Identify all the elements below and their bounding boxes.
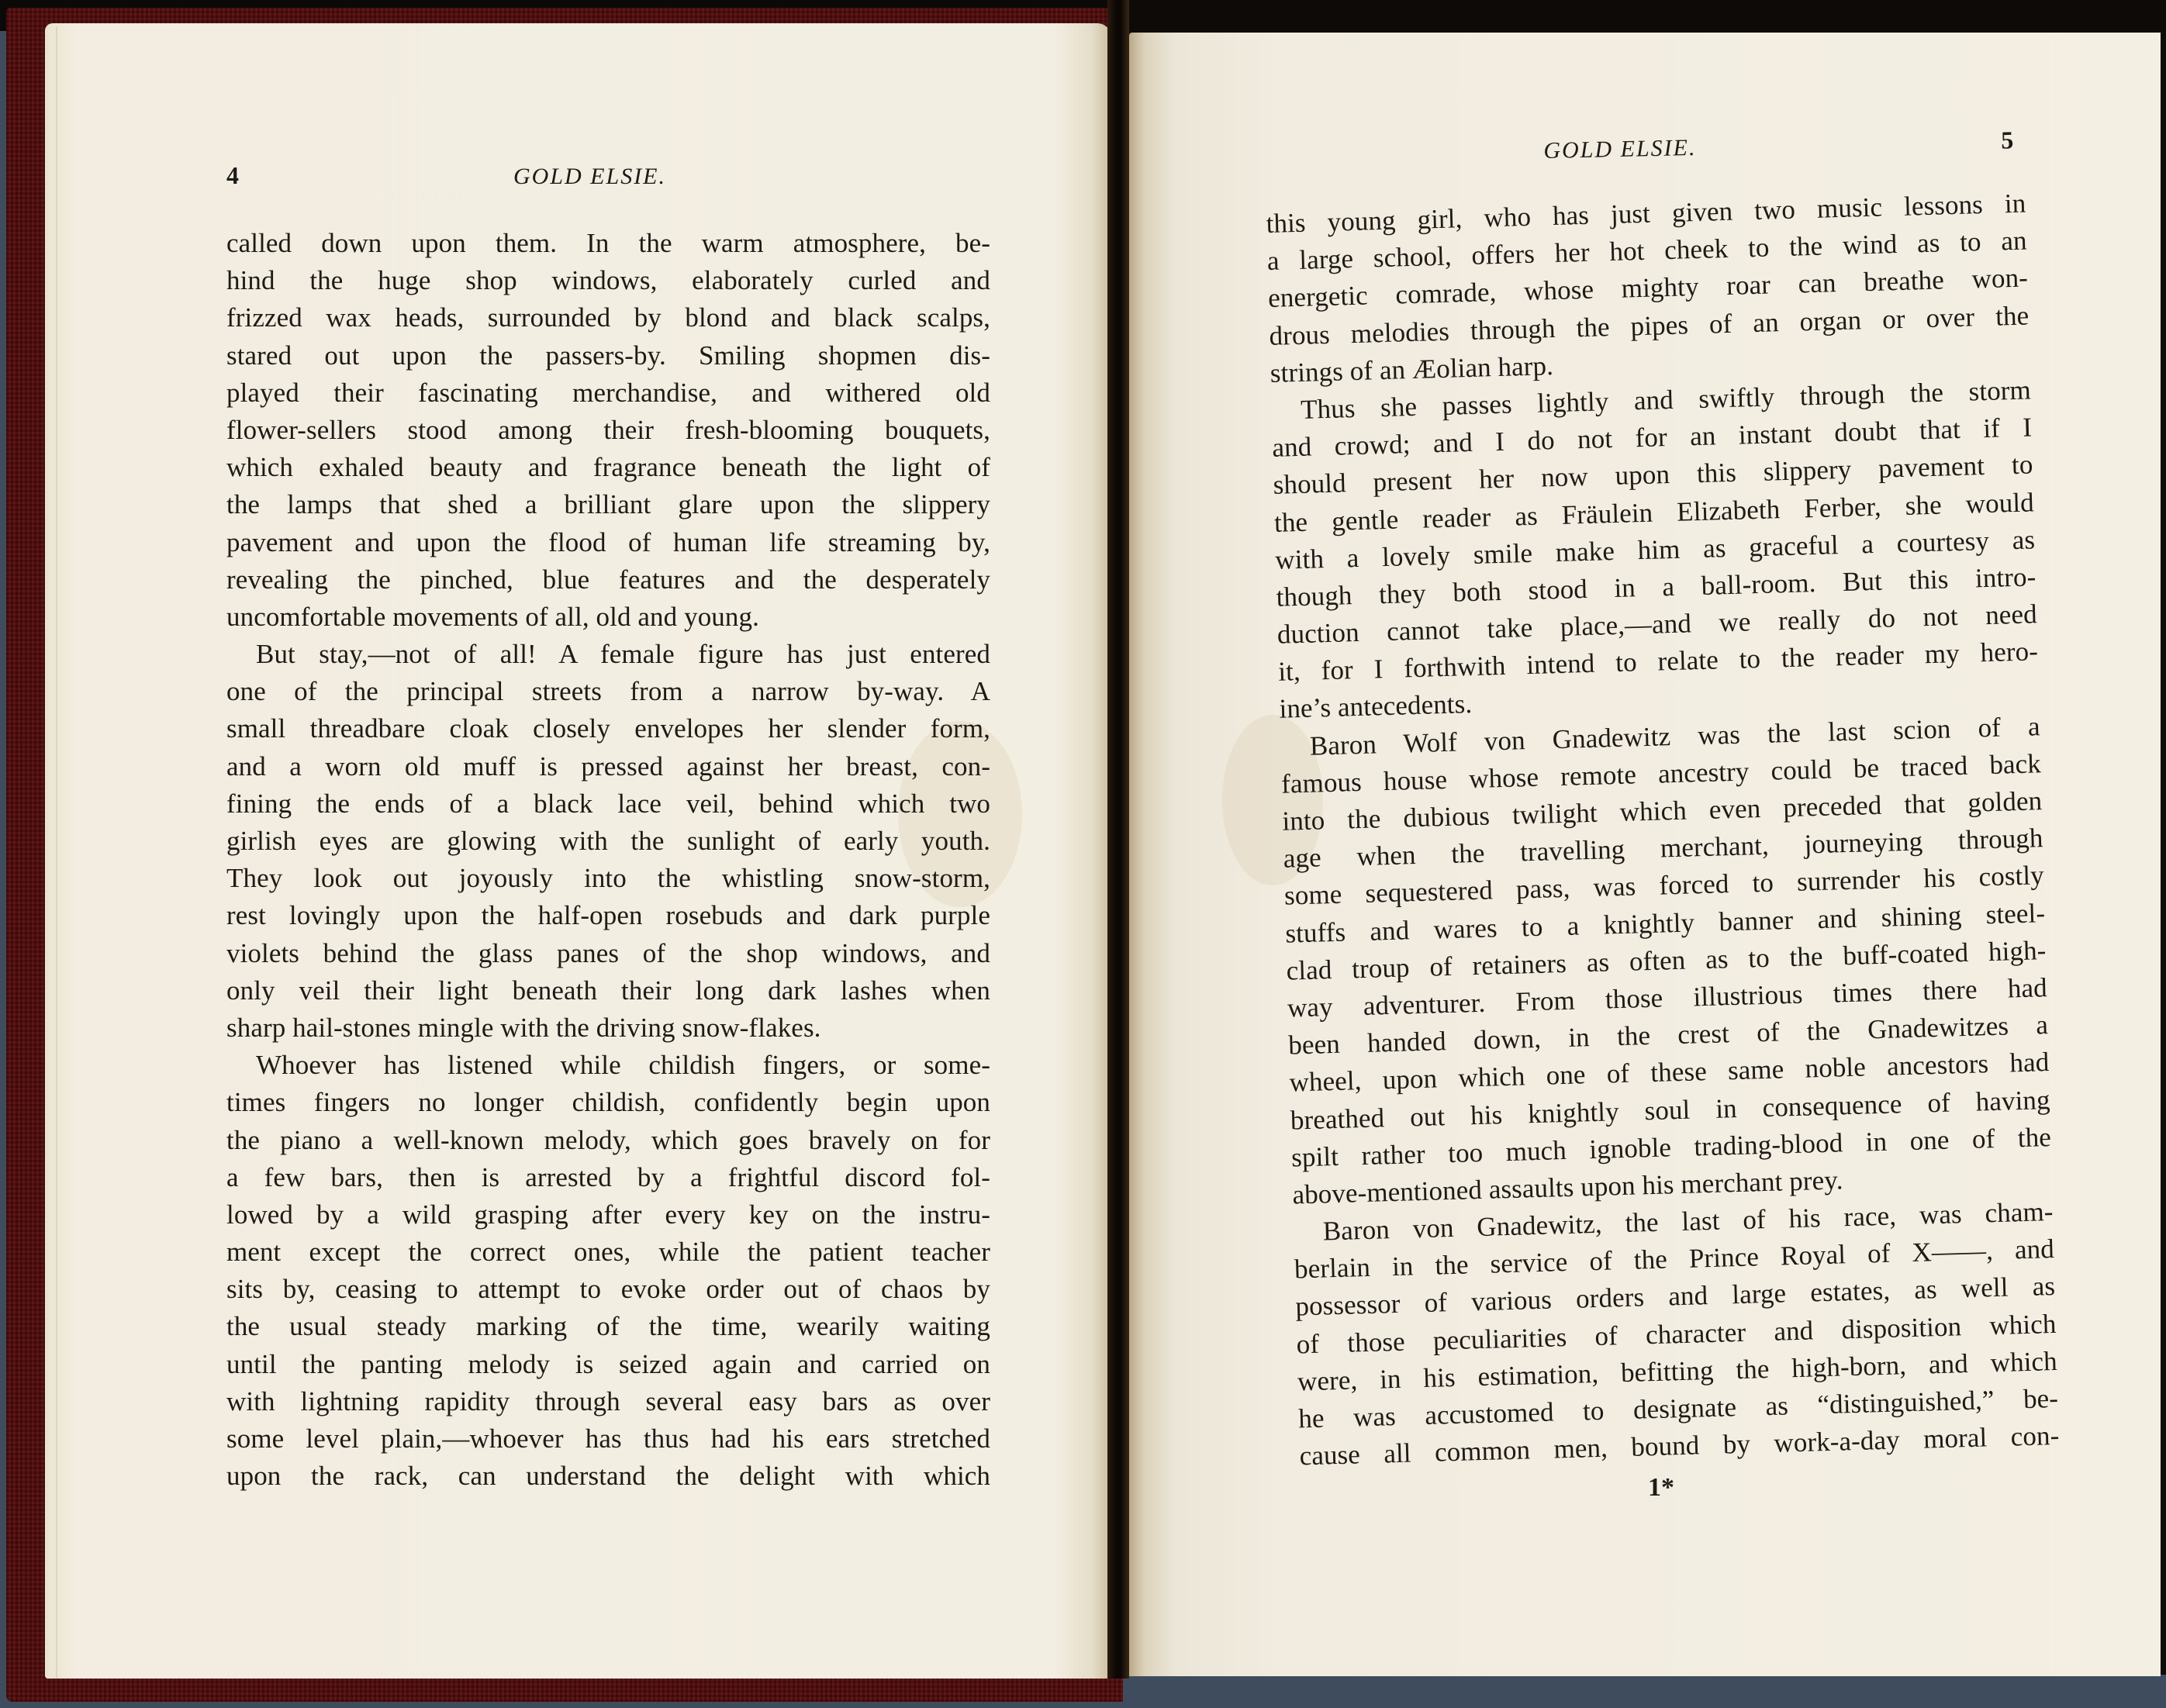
text-line: sharp hail-stones mingle with the drivin… <box>226 1009 990 1047</box>
text-line: rest lovingly upon the half-open rosebud… <box>226 897 990 934</box>
text-line: the piano a well-known melody, which goe… <box>226 1122 990 1159</box>
text-line: They look out joyously into the whistlin… <box>226 860 990 897</box>
left-running-head: 4 GOLD ELSIE. <box>226 161 1002 190</box>
text-line: sits by, ceasing to attempt to evoke ord… <box>226 1271 990 1308</box>
text-line: one of the principal streets from a narr… <box>226 673 990 710</box>
text-line: revealing the pinched, blue features and… <box>226 561 990 599</box>
text-line: small threadbare cloak closely envelopes… <box>226 710 990 747</box>
text-line: stared out upon the passers-by. Smiling … <box>226 337 990 374</box>
text-line: upon the rack, can understand the deligh… <box>226 1458 990 1495</box>
text-line: Whoever has listened while childish fing… <box>226 1047 990 1084</box>
text-line: called down upon them. In the warm atmos… <box>226 225 990 262</box>
text-line: pavement and upon the flood of human lif… <box>226 524 990 561</box>
text-line: a few bars, then is arrested by a fright… <box>226 1159 990 1196</box>
text-line: played their fascinating merchandise, an… <box>226 374 990 412</box>
page-number: 5 <box>2001 126 2014 154</box>
text-line: hind the huge shop windows, elaborately … <box>226 262 990 299</box>
text-line: only veil their light beneath their long… <box>226 972 990 1009</box>
text-line: some level plain,—whoever has thus had h… <box>226 1420 990 1458</box>
text-line: frizzed wax heads, surrounded by blond a… <box>226 299 990 336</box>
text-line: and a worn old muff is pressed against h… <box>226 748 990 785</box>
book-spine-gutter <box>1107 0 1129 1679</box>
text-line: violets behind the glass panes of the sh… <box>226 935 990 972</box>
signature-mark: 1* <box>1648 1473 1674 1503</box>
right-page-body-text: this young girl, who has just given two … <box>1266 185 2060 1475</box>
text-line: which exhaled beauty and fragrance benea… <box>226 449 990 486</box>
running-title: GOLD ELSIE. <box>513 164 666 190</box>
text-line: girlish eyes are glowing with the sunlig… <box>226 823 990 860</box>
page-number: 4 <box>226 161 513 190</box>
text-line: uncomfortable movements of all, old and … <box>226 599 990 636</box>
text-line: flower-sellers stood among their fresh-b… <box>226 412 990 449</box>
left-page-body-text: called down upon them. In the warm atmos… <box>226 225 990 1495</box>
text-line: fining the ends of a black lace veil, be… <box>226 785 990 823</box>
text-line: the lamps that shed a brilliant glare up… <box>226 486 990 523</box>
text-line: the usual steady marking of the time, we… <box>226 1308 990 1345</box>
text-line: But stay,—not of all! A female figure ha… <box>226 636 990 673</box>
text-line: times fingers no longer childish, confid… <box>226 1084 990 1121</box>
text-line: lowed by a wild grasping after every key… <box>226 1196 990 1234</box>
text-line: ment except the correct ones, while the … <box>226 1234 990 1271</box>
text-line: with lightning rapidity through several … <box>226 1383 990 1420</box>
text-line: until the panting melody is seized again… <box>226 1346 990 1383</box>
